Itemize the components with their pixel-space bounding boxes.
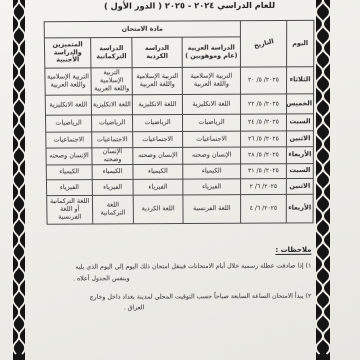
date-cell: ٢٠٢٥/ ٥/ ٢٤: [240, 114, 286, 131]
date-cell: ٢٠٢٥/ ٥/ ٢٨: [241, 147, 287, 164]
col-header-subject-group: مادة الامتحان: [44, 21, 240, 38]
day-cell: السبت: [286, 164, 313, 179]
subject-cell: الفيزياء: [46, 180, 92, 196]
subject-cell: التربية الإسلامية واللغة العربية: [45, 68, 91, 95]
table-row: الخميس ٢٠٢٥/ ٥/ ٢٢ اللغة الانكليزية اللغ…: [45, 94, 313, 115]
notes-heading: ملاحظات :: [60, 246, 312, 255]
subject-cell: الفيزياء: [133, 179, 183, 195]
day-cell: السبت: [286, 114, 313, 131]
col-header-day: اليوم: [287, 20, 314, 67]
note-2-line-2: العراق .: [61, 304, 312, 312]
subject-cell: اللغة الانكليزية: [182, 94, 240, 114]
date-cell: ٢٠٢٥/ ٥/ ٣١: [241, 164, 287, 179]
subject-cell: الإنسان وصحته: [92, 148, 133, 165]
day-cell: الاثنين: [286, 131, 313, 147]
note-1-line-2: وبنفس الجدول أعلاه .: [60, 274, 311, 282]
day-cell: الاثنين: [286, 178, 313, 194]
subject-cell: الإنسان وصحته: [46, 148, 92, 165]
day-cell: الأربعاء: [286, 147, 313, 164]
table-row: الأربعاء ٢٠٢٥/ ٥/ ٢٨ الإنسان وصحته الإنس…: [46, 147, 313, 165]
subject-cell: اللغة الكردية: [133, 195, 183, 224]
table-row: الاثنين ٢٠٢٥/ ٦/ ٢ الفيزياء الفيزياء الف…: [46, 178, 313, 195]
subject-cell: اللغة الانكليزية: [132, 94, 182, 114]
date-cell: ٢٠٢٥/ ٥/ ٢٦: [241, 131, 287, 147]
subject-cell: الاجتماعيات: [92, 132, 133, 148]
table-row: الثلاثاء ٢٠٢٥/ ٥/ ٢٠ التربية الإسلامية و…: [45, 67, 314, 95]
subject-cell: الاجتماعيات: [46, 132, 92, 148]
day-cell: الأربعاء: [286, 194, 313, 223]
subject-cell: الكيمياء: [92, 165, 133, 180]
subject-cell: الرياضيات: [45, 115, 91, 132]
col-header-kurdish-study: الدراسة الكردية: [132, 37, 182, 67]
col-header-arabic-study: الدراسة العربية (عام وموهوبين ): [182, 37, 240, 68]
subject-cell: التربية الإسلامية واللغة العربية: [91, 68, 132, 95]
subject-cell: الكيمياء: [183, 164, 241, 179]
subject-cell: الفيزياء: [92, 179, 133, 195]
subject-cell: اللغة الانكليزية: [45, 95, 91, 115]
subject-cell: الإنسان وصحته: [183, 147, 241, 164]
subject-cell: التربية الإسلامية واللغة العربية: [132, 67, 182, 94]
subject-cell: الفيزياء: [183, 179, 241, 195]
subject-cell: الرياضيات: [91, 115, 132, 132]
document-title: للعام الدراسي ٢٠٢٤ - ٢٠٢٥ ( الدور الأول …: [58, 0, 320, 11]
subject-cell: اللغة الانكليزية: [91, 95, 132, 115]
exam-schedule-table: اليوم التاريخ مادة الامتحان الدراسة العر…: [44, 20, 315, 225]
subject-cell: الاجتماعيات: [183, 131, 241, 147]
subject-cell: الإنسان وصحته: [133, 147, 183, 164]
subject-cell: اللغة التركمانية أو اللغة الفرنسية: [47, 195, 93, 224]
subject-cell: الكيمياء: [46, 165, 92, 180]
col-header-date: التاريخ: [240, 20, 286, 67]
notes-section: ملاحظات : ١) إذا صادفت عطلة رسمية خلال أ…: [60, 246, 312, 312]
day-cell: الخميس: [287, 94, 314, 114]
subject-cell: التربية الإسلامية واللغة العربية: [182, 67, 240, 94]
subject-cell: الرياضيات: [132, 114, 182, 131]
table-row: السبت ٢٠٢٥/ ٥/ ٢٤ الرياضيات الرياضيات ال…: [45, 114, 313, 132]
col-header-date-label: التاريخ: [253, 37, 274, 50]
col-header-turkmen-study: الدراسة التركمانية: [91, 37, 132, 67]
col-header-distinguished-foreign-study: المتميزين والدراسة الأجنبية: [44, 38, 91, 68]
date-cell: ٢٠٢٥/ ٦/ ٢: [241, 179, 287, 195]
scanned-document-page: للعام الدراسي ٢٠٢٤ - ٢٠٢٥ ( الدور الأول …: [0, 0, 360, 360]
table-row: السبت ٢٠٢٥/ ٥/ ٣١ الكيمياء الكيمياء الكي…: [46, 164, 313, 180]
date-cell: ٢٠٢٥/ ٦/ ٤: [241, 194, 287, 223]
date-cell: ٢٠٢٥/ ٥/ ٢٠: [240, 67, 286, 94]
note-1-line-1: ١) إذا صادفت عطلة رسمية خلال أيام الامتح…: [60, 263, 311, 271]
subject-cell: الكيمياء: [133, 164, 183, 179]
subject-cell: اللغة التركمانية: [92, 195, 133, 224]
subject-cell: اللغة الفرنسية: [183, 195, 241, 224]
subject-cell: الرياضيات: [182, 114, 240, 131]
note-2-line-1: ٢) يبدأ الامتحان الساعة السابعة صباحاً ح…: [60, 293, 311, 301]
table-row: الأربعاء ٢٠٢٥/ ٦/ ٤ اللغة الفرنسية اللغة…: [47, 194, 314, 224]
subject-cell: الاجتماعيات: [133, 131, 183, 147]
date-cell: ٢٠٢٥/ ٥/ ٢٢: [240, 94, 286, 114]
day-cell: الثلاثاء: [287, 67, 314, 94]
table-row: الاثنين ٢٠٢٥/ ٥/ ٢٦ الاجتماعيات الاجتماع…: [46, 131, 314, 148]
document-content: للعام الدراسي ٢٠٢٤ - ٢٠٢٥ ( الدور الأول …: [0, 0, 360, 357]
header-row-top: اليوم التاريخ مادة الامتحان: [44, 20, 314, 38]
